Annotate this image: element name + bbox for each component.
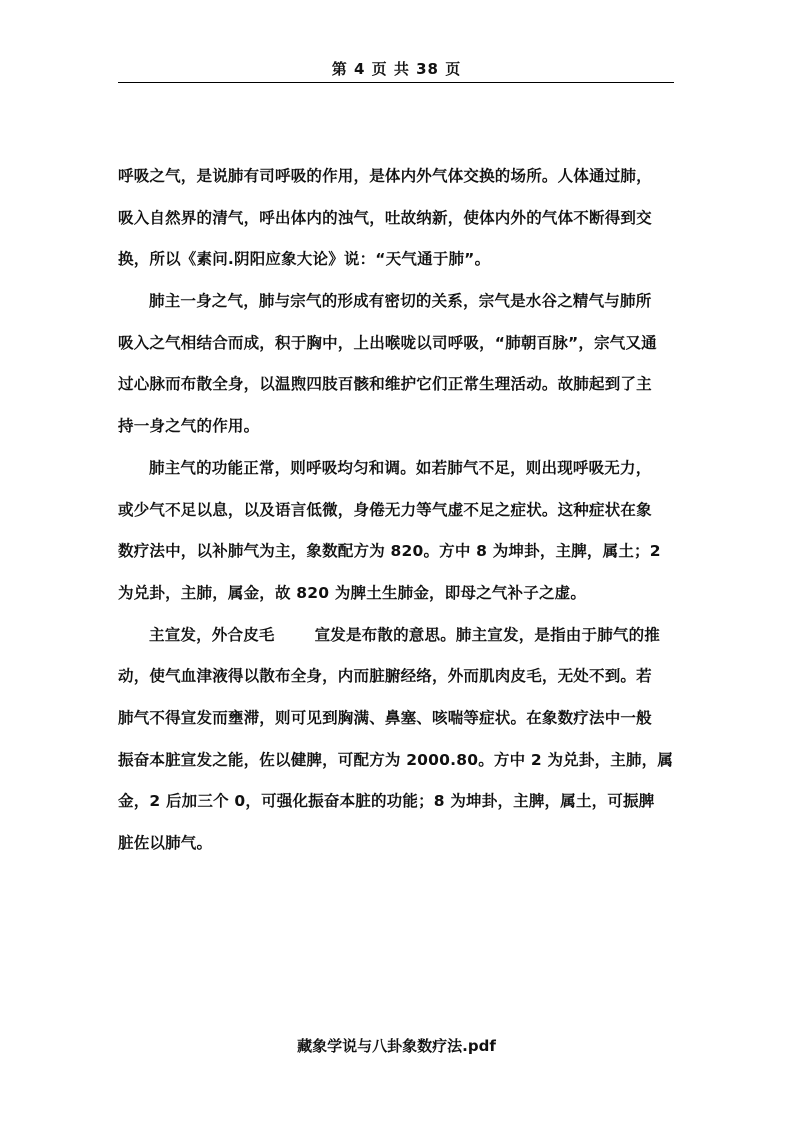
text-line: 或少气不足以息，以及语言低微，身倦无力等气虚不足之症状。这种症状在象 — [118, 500, 678, 542]
page-indicator: 第 4 页 共 38 页 — [0, 58, 793, 79]
text-line: 振奋本脏宣发之能，佐以健脾，可配方为 2000.80。方中 2 为兑卦，主肺，属 — [118, 750, 678, 792]
paragraph-4: 主宣发，外合皮毛宣发是布散的意思。肺主宣发，是指由于肺气的推 动，使气血津液得以… — [118, 625, 678, 875]
text-line: 持一身之气的作用。 — [118, 416, 678, 458]
header-divider — [118, 82, 674, 83]
text-line: 肺主一身之气，肺与宗气的形成有密切的关系，宗气是水谷之精气与肺所 — [118, 291, 678, 333]
text-line: 脏佐以肺气。 — [118, 833, 678, 875]
footer-filename: 藏象学说与八卦象数疗法.pdf — [0, 1035, 793, 1056]
text-line: 肺主气的功能正常，则呼吸均匀和调。如若肺气不足，则出现呼吸无力， — [118, 458, 678, 500]
text-line: 吸入自然界的清气，呼出体内的浊气，吐故纳新，使体内外的气体不断得到交 — [118, 208, 678, 250]
text-run: 宣发是布散的意思。肺主宣发，是指由于肺气的推 — [315, 626, 660, 644]
document-body: 呼吸之气，是说肺有司呼吸的作用，是体内外气体交换的场所。人体通过肺， 吸入自然界… — [118, 166, 678, 875]
text-line: 换，所以《素问.阴阳应象大论》说：“天气通于肺”。 — [118, 249, 678, 291]
section-heading: 主宣发，外合皮毛 — [149, 626, 275, 644]
paragraph-1: 呼吸之气，是说肺有司呼吸的作用，是体内外气体交换的场所。人体通过肺， 吸入自然界… — [118, 166, 678, 291]
text-line: 数疗法中，以补肺气为主，象数配方为 820。方中 8 为坤卦，主脾，属土；2 — [118, 541, 678, 583]
text-line: 为兑卦，主肺，属金，故 820 为脾土生肺金，即母之气补子之虚。 — [118, 583, 678, 625]
paragraph-3: 肺主气的功能正常，则呼吸均匀和调。如若肺气不足，则出现呼吸无力， 或少气不足以息… — [118, 458, 678, 625]
text-line: 过心脉而布散全身，以温煦四肢百骸和维护它们正常生理活动。故肺起到了主 — [118, 374, 678, 416]
text-line: 呼吸之气，是说肺有司呼吸的作用，是体内外气体交换的场所。人体通过肺， — [118, 166, 678, 208]
text-line: 动，使气血津液得以散布全身，内而脏腑经络，外而肌肉皮毛，无处不到。若 — [118, 666, 678, 708]
text-line: 肺气不得宣发而壅滞，则可见到胸满、鼻塞、咳喘等症状。在象数疗法中一般 — [118, 708, 678, 750]
text-line: 主宣发，外合皮毛宣发是布散的意思。肺主宣发，是指由于肺气的推 — [118, 625, 678, 667]
paragraph-2: 肺主一身之气，肺与宗气的形成有密切的关系，宗气是水谷之精气与肺所 吸入之气相结合… — [118, 291, 678, 458]
text-line: 吸入之气相结合而成，积于胸中，上出喉咙以司呼吸，“肺朝百脉”，宗气又通 — [118, 333, 678, 375]
text-line: 金，2 后加三个 0，可强化振奋本脏的功能；8 为坤卦，主脾，属土，可振脾 — [118, 791, 678, 833]
